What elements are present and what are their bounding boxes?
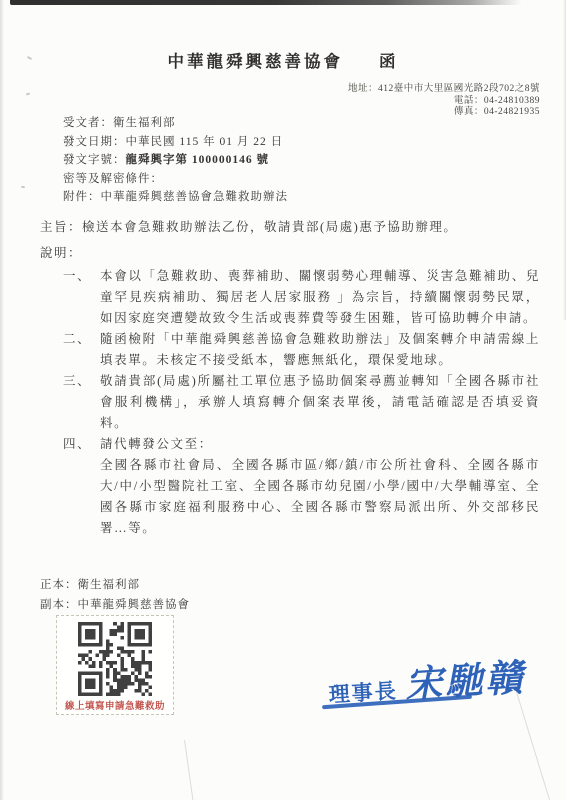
original-copy-line: 正本：衛生福利部 [40,575,190,595]
security-line: 密等及解密條件： [63,170,288,189]
scanned-letter-page: 中華龍舜興慈善協會 函 地址：412臺中市大里區國光路2段702之8號 電話：0… [0,0,566,800]
item-number: 三、 [40,371,100,392]
issue-date-line: 發文日期：中華民國 115 年 01 月 22 日 [63,133,288,152]
scan-speck [26,92,30,95]
list-item: 一、 本會以「急難救助、喪葬補助、關懷弱勢心理輔導、災害急難補助、兒童罕見疾病補… [40,266,540,329]
qr-caption: 線上填寫申請急難救助 [65,698,165,712]
contact-block: 地址：412臺中市大里區國光路2段702之8號 電話：04-24810389 傳… [348,84,540,119]
address-line: 地址：412臺中市大里區國光路2段702之8號 [348,84,540,96]
phone-line: 電話：04-24810389 [348,96,540,108]
explanation-label: 說明： [40,240,534,266]
copies-block: 正本：衛生福利部 副本：中華龍舜興慈善協會 [40,575,190,615]
item-text: 敬請貴部(局處)所屬社工單位惠予協助個案尋薦並轉知「全國各縣市社會服利機構」，承… [100,371,540,434]
explanation-list: 一、 本會以「急難救助、喪葬補助、關懷弱勢心理輔導、災害急難補助、兒童罕見疾病補… [40,266,540,539]
qr-code [78,622,152,696]
paper-crease [184,740,194,800]
fax-line: 傳真：04-24821935 [348,107,540,119]
doc-type-label: 函 [379,48,399,72]
subject-block: 主旨：檢送本會急難救助辦法乙份，敬請貴部(局處)惠予協助辦理。 說明： [40,214,534,266]
item-number: 二、 [40,329,100,350]
item-text: 請代轉發公文至： [100,434,540,455]
scan-edge-artifact [10,0,532,5]
item-detail-text: 全國各縣市社會局、全國各縣市區/鄉/鎮/市公所社會科、全國各縣市大/中/小型醫院… [100,455,540,539]
attachment-line: 附件：中華龍舜興慈善協會急難救助辦法 [63,188,288,207]
qr-code-box: 線上填寫申請急難救助 [56,615,174,715]
meta-block: 受文者：衛生福利部 發文日期：中華民國 115 年 01 月 22 日 發文字號… [63,114,288,207]
item-text: 隨函檢附「中華龍舜興慈善協會急難救助辦法」及個案轉介申請需線上填表單。未核定不接… [100,329,540,371]
item-text: 本會以「急難救助、喪葬補助、關懷弱勢心理輔導、災害急難補助、兒童罕見疾病補助、獨… [100,266,540,329]
recipient-line: 受文者：衛生福利部 [63,114,288,133]
list-item: 四、 請代轉發公文至： [40,434,540,455]
scan-speck [21,186,25,189]
list-item: 二、 隨函檢附「中華龍舜興慈善協會急難救助辦法」及個案轉介申請需線上填表單。未核… [40,329,540,371]
cc-copy-line: 副本：中華龍舜興慈善協會 [40,595,190,615]
scan-edge-artifact [0,0,4,800]
org-name: 中華龍舜興慈善協會 [168,48,344,72]
ref-number-line: 發文字號：龍舜興字第 100000146 號 [63,151,288,170]
letter-header: 中華龍舜興慈善協會 函 [0,48,566,72]
subject-line: 主旨：檢送本會急難救助辦法乙份，敬請貴部(局處)惠予協助辦理。 [40,214,534,240]
ref-number-value: 龍舜興字第 100000146 號 [126,154,270,166]
item-number: 一、 [40,266,100,287]
paper-crease [516,692,551,800]
item-number: 四、 [40,434,100,455]
list-item: 三、 敬請貴部(局處)所屬社工單位惠予協助個案尋薦並轉知「全國各縣市社會服利機構… [40,371,540,434]
ref-number-label: 發文字號： [63,154,126,166]
